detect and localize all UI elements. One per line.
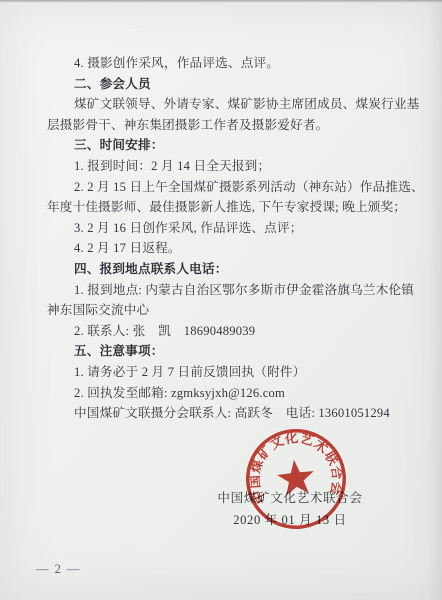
doc-line: 1. 报到时间：2 月 14 日全天报到； bbox=[47, 156, 419, 177]
doc-line: 2. 2 月 15 日上午全国煤矿摄影系列活动（神东站）作品推选、 bbox=[47, 177, 419, 198]
doc-line: 2. 联系人: 张 凯 18690489039 bbox=[47, 321, 419, 342]
page-number: — 2 — bbox=[36, 562, 81, 577]
section-heading: 四、报到地点联系人电话： bbox=[47, 259, 419, 280]
doc-line: 神东国际交流中心 bbox=[47, 300, 419, 321]
signature-organization: 中国煤矿文化艺术联合会 bbox=[155, 487, 425, 509]
section-heading: 三、时间安排： bbox=[47, 135, 419, 156]
section-heading: 二、参会人员 bbox=[47, 74, 419, 95]
doc-line: 4. 2 月 17 日返程。 bbox=[47, 238, 419, 259]
section-heading: 五、注意事项： bbox=[47, 341, 419, 362]
doc-line: 中国煤矿文联摄分会联系人: 高跃冬 电话: 13601051294 bbox=[47, 403, 419, 424]
document-body: 4. 摄影创作采风，作品评选、点评。 二、参会人员 煤矿文联领导、外请专家、煤矿… bbox=[47, 53, 419, 424]
signature-block: 中国煤矿文化艺术联合会 2020 年 01 月 13 日 bbox=[155, 487, 425, 531]
doc-line: 3. 2 月 16 日创作采风, 作品评选、点评； bbox=[47, 218, 419, 239]
doc-line: 1. 请务必于 2 月 7 日前反馈回执（附件） bbox=[47, 362, 419, 383]
signature-date: 2020 年 01 月 13 日 bbox=[155, 509, 425, 531]
doc-line: 2. 回执发至邮箱: zgmksyjxh@126.com bbox=[47, 383, 419, 404]
doc-line: 1. 报到地点: 内蒙古自治区鄂尔多斯市伊金霍洛旗乌兰木伦镇 bbox=[47, 280, 419, 301]
doc-line: 煤矿文联领导、外请专家、煤矿影协主席团成员、煤炭行业基 bbox=[47, 94, 419, 115]
doc-line: 年度十佳摄影师、最佳摄影新人推选, 下午专家授课; 晚上颁奖； bbox=[47, 197, 419, 218]
document-page: 4. 摄影创作采风，作品评选、点评。 二、参会人员 煤矿文联领导、外请专家、煤矿… bbox=[0, 0, 442, 600]
doc-line: 4. 摄影创作采风，作品评选、点评。 bbox=[47, 53, 419, 74]
doc-line: 层摄影骨干、神东集团摄影工作者及摄影爱好者。 bbox=[47, 115, 419, 136]
